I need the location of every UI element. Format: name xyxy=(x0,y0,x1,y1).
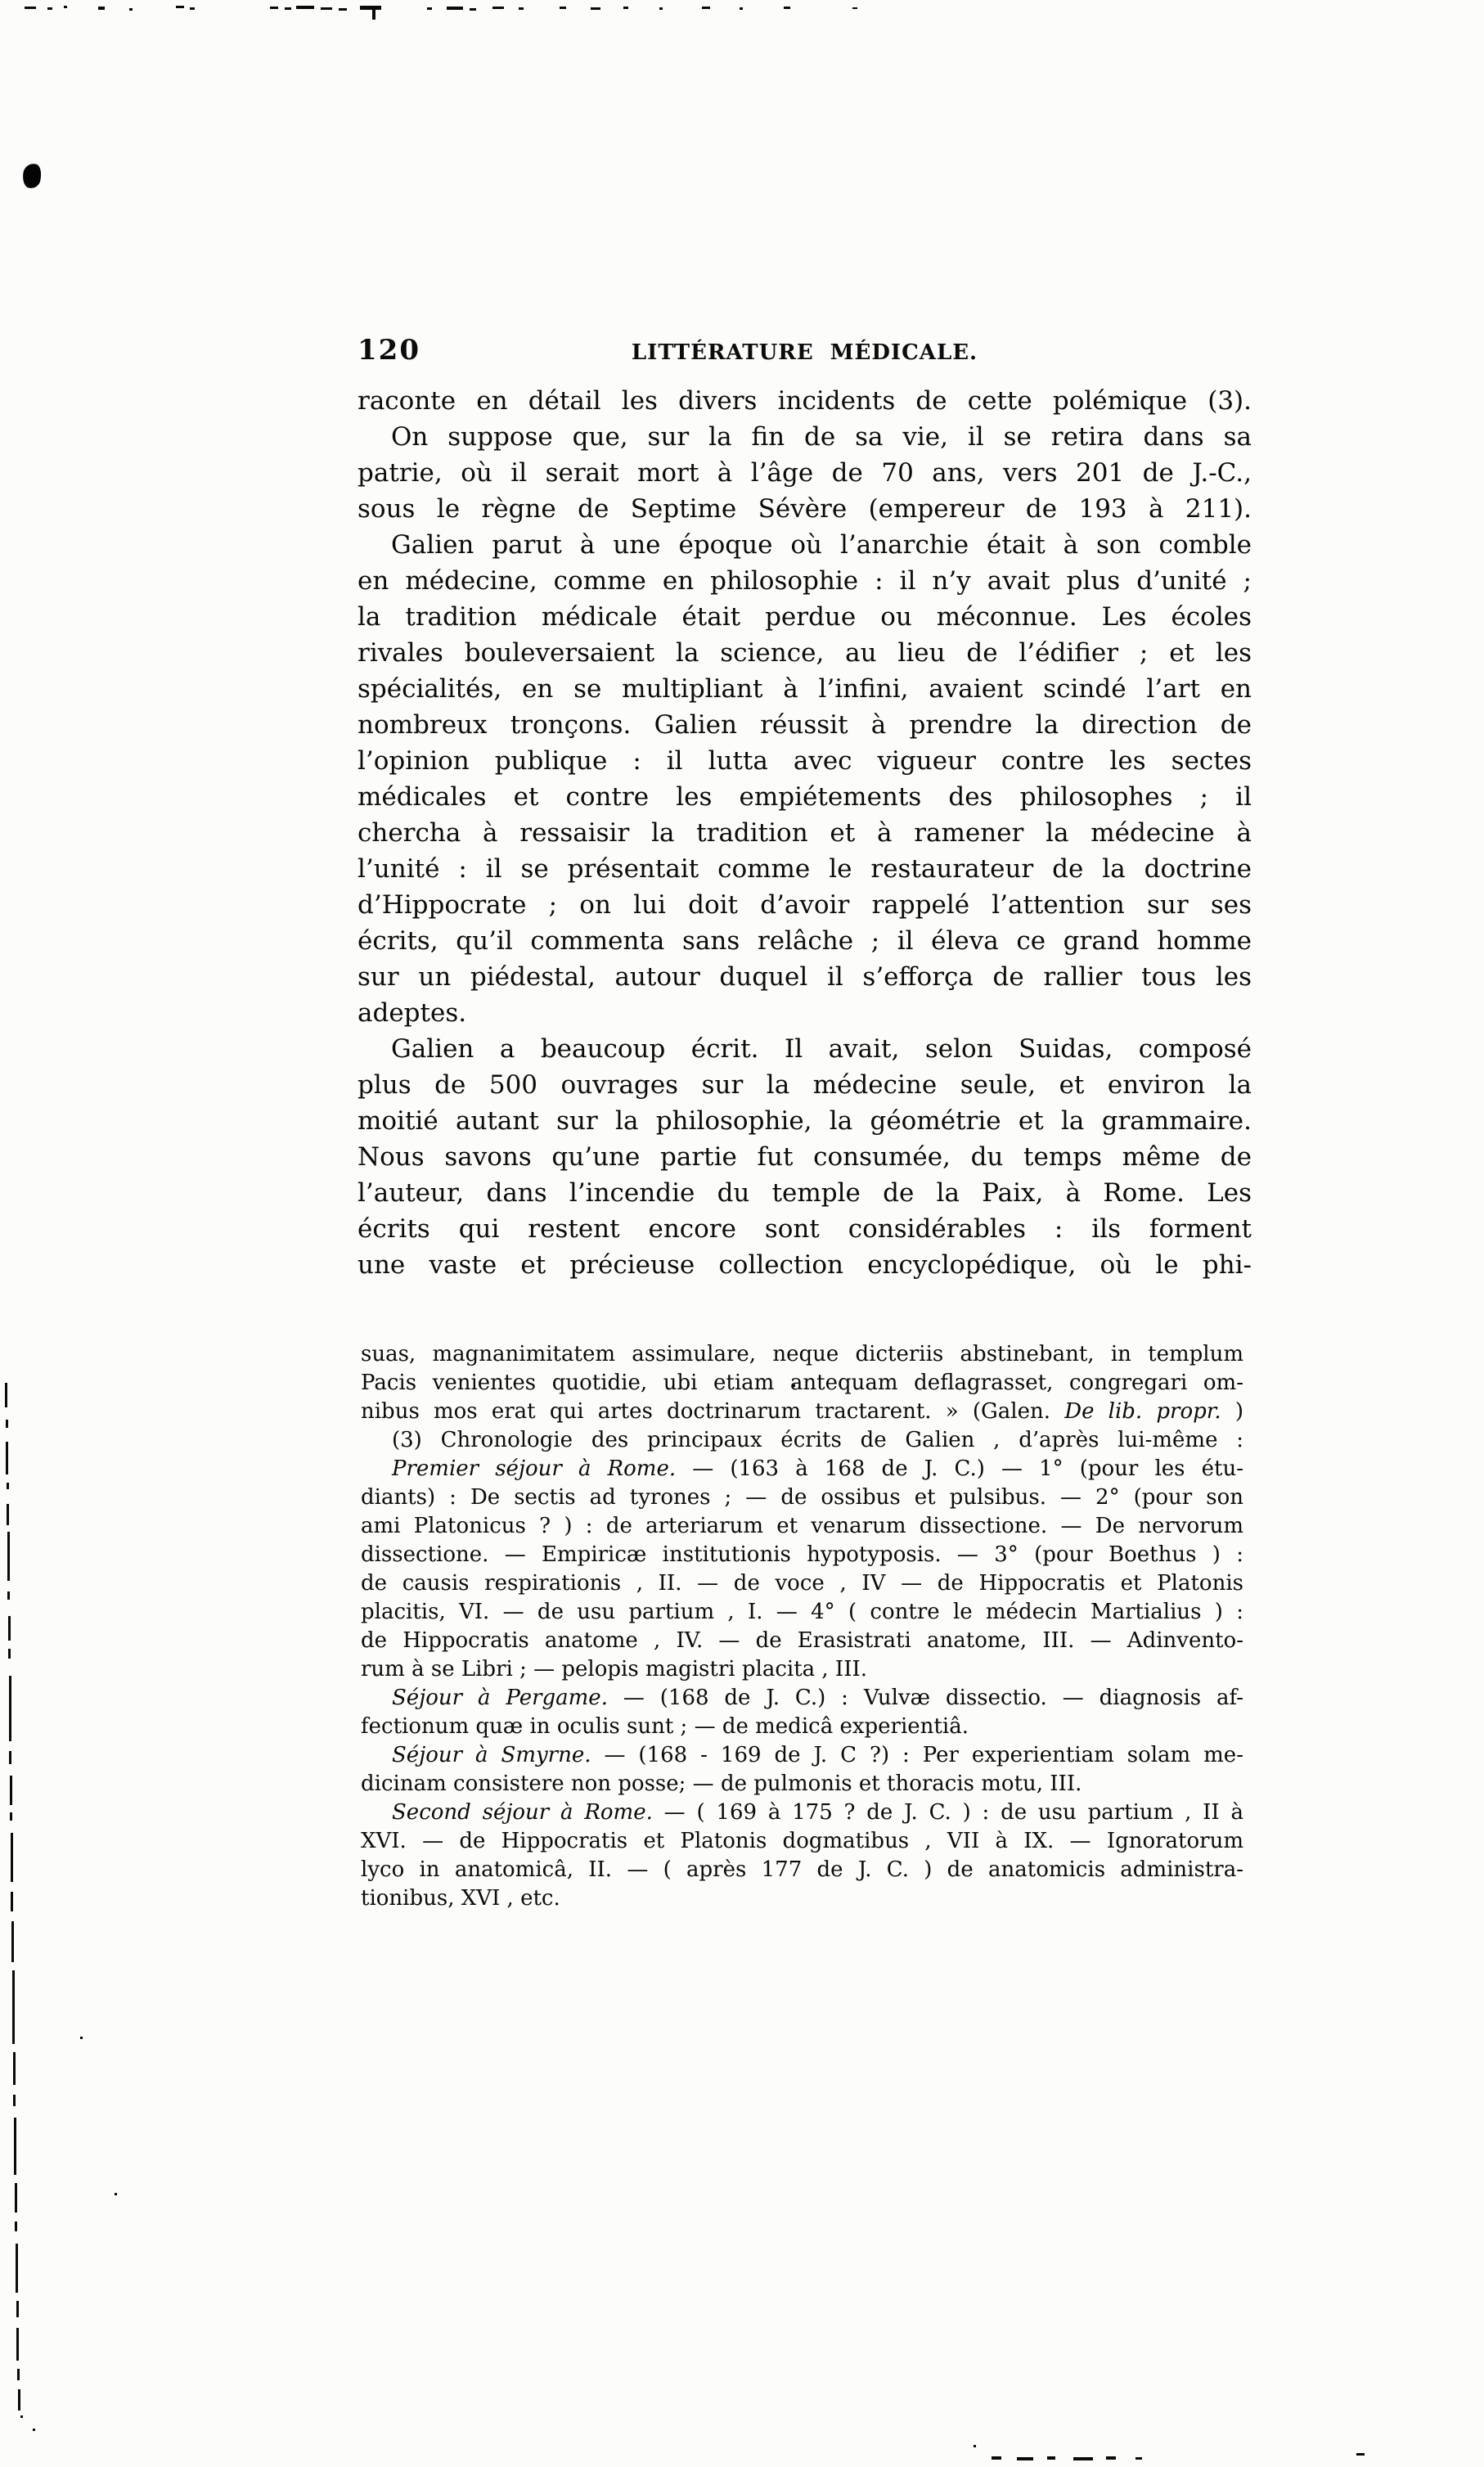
main-text: raconte en détail les divers incidents d… xyxy=(358,383,1252,1283)
scan-artifact xyxy=(1135,2457,1142,2460)
text-line: écrits qui restent encore sont considéra… xyxy=(358,1211,1252,1247)
ink-blob-artifact xyxy=(21,163,43,190)
scan-artifact xyxy=(1047,2456,1055,2460)
text-line: l’auteur, dans l’incendie du temple de l… xyxy=(358,1175,1252,1211)
text-line: (3) Chronologie des principaux écrits de… xyxy=(361,1426,1243,1455)
scan-artifact xyxy=(16,2328,19,2361)
scan-artifact xyxy=(427,7,432,10)
scan-artifact xyxy=(702,7,710,9)
scan-artifact xyxy=(360,6,381,10)
scan-artifact xyxy=(1106,2456,1116,2460)
scan-artifact xyxy=(9,1676,11,1741)
scan-artifact xyxy=(16,2244,18,2293)
scan-artifact xyxy=(18,2389,20,2411)
paragraph: Séjour à Smyrne. — (168 - 169 de J. C ?)… xyxy=(361,1741,1243,1798)
scan-artifact xyxy=(33,2429,35,2431)
text-line: chercha à ressaisir la tradition et à ra… xyxy=(358,815,1252,851)
text-line: Pacis venientes quotidie, ubi etiam ante… xyxy=(361,1369,1243,1398)
text-line: rivales bouleversaient la science, au li… xyxy=(358,635,1252,671)
text-line: dicinam consistere non posse; — de pulmo… xyxy=(361,1770,1243,1798)
text-line: sous le règne de Septime Sévère (empereu… xyxy=(358,491,1252,527)
scan-artifact xyxy=(16,2301,19,2317)
text-line: On suppose que, sur la fin de sa vie, il… xyxy=(358,419,1252,455)
scan-artifact xyxy=(339,8,347,11)
scan-artifact xyxy=(25,7,36,9)
page-header: 120 LITTÉRATURE MÉDICALE. xyxy=(358,332,1252,378)
scan-artifact xyxy=(784,7,790,9)
scan-artifact xyxy=(129,8,133,11)
scan-artifact xyxy=(740,7,743,10)
scan-artifact xyxy=(20,2415,23,2418)
scan-artifact xyxy=(321,7,332,10)
scan-artifact xyxy=(8,1616,11,1641)
scan-artifact xyxy=(7,1504,9,1525)
text-line: diants) : De sectis ad tyrones ; — de os… xyxy=(361,1483,1243,1512)
scan-artifact xyxy=(7,1591,10,1600)
text-line: Premier séjour à Rome. — (163 à 168 de J… xyxy=(361,1455,1243,1483)
text-line: spécialités, en se multipliant à l’infin… xyxy=(358,671,1252,707)
running-header-title: LITTÉRATURE MÉDICALE. xyxy=(358,340,1252,365)
scan-artifact xyxy=(5,1383,7,1407)
scan-artifact xyxy=(64,6,67,8)
scan-artifact xyxy=(1073,2457,1093,2460)
text-line: l’unité : il se présentait comme le rest… xyxy=(358,851,1252,887)
paragraph: On suppose que, sur la fin de sa vie, il… xyxy=(358,419,1252,527)
scan-artifact xyxy=(8,1649,11,1659)
scan-artifact xyxy=(47,7,52,10)
text-line: fectionum quæ in oculis sunt ; — de medi… xyxy=(361,1713,1243,1741)
paragraph: Galien a beaucoup écrit. Il avait, selon… xyxy=(358,1031,1252,1283)
scan-artifact xyxy=(15,2183,17,2213)
text-line: XVI. — de Hippocratis et Platonis dogmat… xyxy=(361,1827,1243,1856)
scan-artifact xyxy=(6,1442,8,1474)
scan-artifact xyxy=(519,7,524,10)
text-line: Galien parut à une époque où l’anarchie … xyxy=(358,527,1252,563)
text-line: lyco in anatomicâ, II. — ( après 177 de … xyxy=(361,1856,1243,1884)
paragraph: Séjour à Pergame. — (168 de J. C.) : Vul… xyxy=(361,1684,1243,1741)
scan-artifact xyxy=(11,1833,13,1882)
scan-artifact xyxy=(11,1921,14,1962)
scan-artifact xyxy=(492,7,504,9)
scan-artifact xyxy=(98,7,105,10)
scan-artifact xyxy=(7,1532,10,1581)
scan-artifact xyxy=(470,8,476,11)
scan-artifact xyxy=(992,2456,1001,2460)
text-line: Séjour à Smyrne. — (168 - 169 de J. C ?)… xyxy=(361,1741,1243,1770)
scan-artifact xyxy=(623,7,628,9)
text-line: la tradition médicale était perdue ou mé… xyxy=(358,599,1252,635)
text-line: suas, magnanimitatem assimulare, neque d… xyxy=(361,1340,1243,1369)
text-line: médicales et contre les empiétements des… xyxy=(358,779,1252,815)
paragraph: (3) Chronologie des principaux écrits de… xyxy=(361,1426,1243,1455)
paragraph: Galien parut à une époque où l’anarchie … xyxy=(358,527,1252,1031)
text-line: ami Platonicus ? ) : de arteriarum et ve… xyxy=(361,1512,1243,1541)
scan-artifact xyxy=(12,1970,15,2044)
scan-artifact xyxy=(372,10,375,20)
footnotes-section: suas, magnanimitatem assimulare, neque d… xyxy=(361,1340,1243,1913)
scan-artifact xyxy=(560,7,566,9)
text-line: Nous savons qu’une partie fut consumée, … xyxy=(358,1139,1252,1175)
scan-artifact xyxy=(1017,2457,1033,2460)
scan-artifact xyxy=(1356,2453,1365,2456)
paragraph: Second séjour à Rome. — ( 169 à 175 ? de… xyxy=(361,1798,1243,1913)
scan-artifact xyxy=(15,2222,17,2231)
text-line: sur un piédestal, autour duquel il s’eff… xyxy=(358,959,1252,995)
scan-artifact xyxy=(11,1892,13,1911)
text-line: plus de 500 ouvrages sur la médecine seu… xyxy=(358,1067,1252,1103)
text-line: Galien a beaucoup écrit. Il avait, selon… xyxy=(358,1031,1252,1067)
scan-artifact xyxy=(10,1776,12,1805)
text-line: tionibus, XVI , etc. xyxy=(361,1884,1243,1913)
scan-artifact xyxy=(974,2445,976,2447)
scan-artifact xyxy=(7,1483,9,1489)
text-line: raconte en détail les divers incidents d… xyxy=(358,383,1252,419)
scan-artifact xyxy=(10,1812,12,1821)
paragraph: raconte en détail les divers incidents d… xyxy=(358,383,1252,419)
scan-artifact xyxy=(6,1420,8,1428)
scan-artifact xyxy=(270,7,278,9)
scan-artifact xyxy=(447,7,463,10)
text-line: moitié autant sur la philosophie, la géo… xyxy=(358,1103,1252,1139)
text-line: écrits, qu’il commenta sans relâche ; il… xyxy=(358,923,1252,959)
text-line: une vaste et précieuse collection encycl… xyxy=(358,1247,1252,1283)
text-line: patrie, où il serait mort à l’âge de 70 … xyxy=(358,455,1252,491)
text-line: d’Hippocrate ; on lui doit d’avoir rappe… xyxy=(358,887,1252,923)
scan-artifact xyxy=(14,2118,16,2175)
scan-artifact xyxy=(190,7,195,10)
scan-artifact xyxy=(852,7,857,9)
scan-artifact xyxy=(9,1751,11,1764)
scan-artifact xyxy=(13,2095,16,2106)
scan-artifact xyxy=(285,7,291,10)
text-line: placitis, VI. — de usu partium , I. — 4°… xyxy=(361,1598,1243,1627)
text-line: adeptes. xyxy=(358,995,1252,1031)
text-line: l’opinion publique : il lutta avec vigue… xyxy=(358,743,1252,779)
text-line: de Hippocratis anatome , IV. — de Erasis… xyxy=(361,1627,1243,1655)
scan-artifact xyxy=(115,2193,117,2195)
text-line: nibus mos erat qui artes doctrinarum tra… xyxy=(361,1398,1243,1426)
text-line: de causis respirationis , II. — de voce … xyxy=(361,1569,1243,1598)
scan-artifact xyxy=(296,6,314,9)
scan-artifact xyxy=(80,2037,83,2039)
text-line: Second séjour à Rome. — ( 169 à 175 ? de… xyxy=(361,1798,1243,1827)
scan-artifact xyxy=(17,2369,20,2380)
text-line: en médecine, comme en philosophie : il n… xyxy=(358,563,1252,599)
scan-artifact xyxy=(176,6,184,8)
book-page: 120 LITTÉRATURE MÉDICALE. raconte en dét… xyxy=(0,0,1484,2467)
text-line: Séjour à Pergame. — (168 de J. C.) : Vul… xyxy=(361,1684,1243,1713)
scan-artifact xyxy=(659,7,663,10)
text-line: rum à se Libri ; — pelopis magistri plac… xyxy=(361,1655,1243,1684)
scan-artifact xyxy=(591,7,600,10)
scan-artifact xyxy=(13,2052,16,2085)
paragraph: Premier séjour à Rome. — (163 à 168 de J… xyxy=(361,1455,1243,1684)
paragraph: suas, magnanimitatem assimulare, neque d… xyxy=(361,1340,1243,1426)
text-line: dissectione. — Empiricæ institutionis hy… xyxy=(361,1541,1243,1569)
text-line: nombreux tronçons. Galien réussit à pren… xyxy=(358,707,1252,743)
